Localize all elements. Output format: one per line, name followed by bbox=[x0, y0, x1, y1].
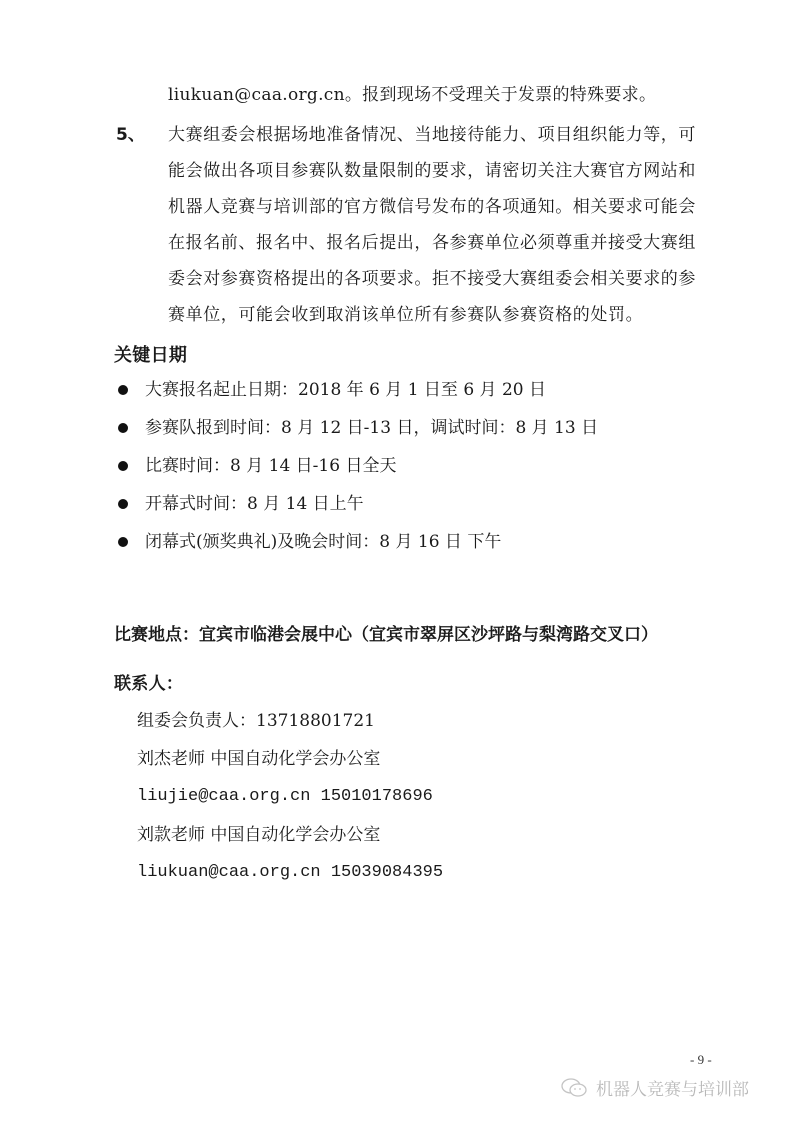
item-5-paragraph: 大赛组委会根据场地准备情况、当地接待能力、项目组织能力等，可 能会做出各项目参赛… bbox=[168, 117, 728, 333]
paragraph-line: 委会对参赛资格提出的各项要求。拒不接受大赛组委会相关要求的参 bbox=[168, 261, 728, 297]
watermark: 机器人竞赛与培训部 bbox=[560, 1075, 749, 1100]
paragraph-line: 赛单位，可能会收到取消该单位所有参赛队参赛资格的处罚。 bbox=[168, 297, 728, 333]
contact-line: 刘杰老师 中国自动化学会办公室 bbox=[137, 748, 443, 786]
wechat-icon bbox=[560, 1077, 588, 1099]
date-text: 参赛队报到时间：8 月 12 日-13 日，调试时间：8 月 13 日 bbox=[145, 417, 598, 439]
venue-line: 比赛地点：宜宾市临港会展中心（宜宾市翠屏区沙坪路与梨湾路交叉口） bbox=[114, 624, 658, 646]
list-item: 参赛队报到时间：8 月 12 日-13 日，调试时间：8 月 13 日 bbox=[118, 417, 598, 455]
date-text: 比赛时间：8 月 14 日-16 日全天 bbox=[145, 455, 396, 477]
date-text: 闭幕式(颁奖典礼)及晚会时间：8 月 16 日 下午 bbox=[145, 531, 501, 553]
list-item: 开幕式时间：8 月 14 日上午 bbox=[118, 493, 598, 531]
bullet-icon bbox=[118, 537, 128, 547]
page-number: - 9 - bbox=[690, 1052, 712, 1068]
paragraph-line: 在报名前、报名中、报名后提出，各参赛单位必须尊重并接受大赛组 bbox=[168, 225, 728, 261]
contact-email-line: liukuan@caa.org.cn 15039084395 bbox=[137, 862, 443, 900]
paragraph-line: 机器人竞赛与培训部的官方微信号发布的各项通知。相关要求可能会 bbox=[168, 189, 728, 225]
bullet-icon bbox=[118, 461, 128, 471]
item-number-5: 5、 bbox=[116, 124, 145, 146]
paragraph-line: 能会做出各项目参赛队数量限制的要求，请密切关注大赛官方网站和 bbox=[168, 153, 728, 189]
key-dates-heading: 关键日期 bbox=[114, 345, 187, 367]
contact-line: 刘款老师 中国自动化学会办公室 bbox=[137, 824, 443, 862]
list-item: 大赛报名起止日期：2018 年 6 月 1 日至 6 月 20 日 bbox=[118, 379, 598, 417]
continuation-line: liukuan@caa.org.cn。报到现场不受理关于发票的特殊要求。 bbox=[168, 84, 656, 106]
contacts-heading: 联系人： bbox=[114, 673, 183, 695]
paragraph-line: 大赛组委会根据场地准备情况、当地接待能力、项目组织能力等，可 bbox=[168, 117, 728, 153]
contacts-block: 组委会负责人：13718801721 刘杰老师 中国自动化学会办公室 liuji… bbox=[137, 710, 443, 900]
list-item: 比赛时间：8 月 14 日-16 日全天 bbox=[118, 455, 598, 493]
date-text: 开幕式时间：8 月 14 日上午 bbox=[145, 493, 364, 515]
bullet-icon bbox=[118, 423, 128, 433]
bullet-icon bbox=[118, 385, 128, 395]
bullet-icon bbox=[118, 499, 128, 509]
list-item: 闭幕式(颁奖典礼)及晚会时间：8 月 16 日 下午 bbox=[118, 531, 598, 569]
contact-email-line: liujie@caa.org.cn 15010178696 bbox=[137, 786, 443, 824]
key-dates-list: 大赛报名起止日期：2018 年 6 月 1 日至 6 月 20 日 参赛队报到时… bbox=[118, 379, 598, 569]
watermark-text: 机器人竞赛与培训部 bbox=[596, 1075, 749, 1100]
date-text: 大赛报名起止日期：2018 年 6 月 1 日至 6 月 20 日 bbox=[145, 379, 546, 401]
contact-line: 组委会负责人：13718801721 bbox=[137, 710, 443, 748]
